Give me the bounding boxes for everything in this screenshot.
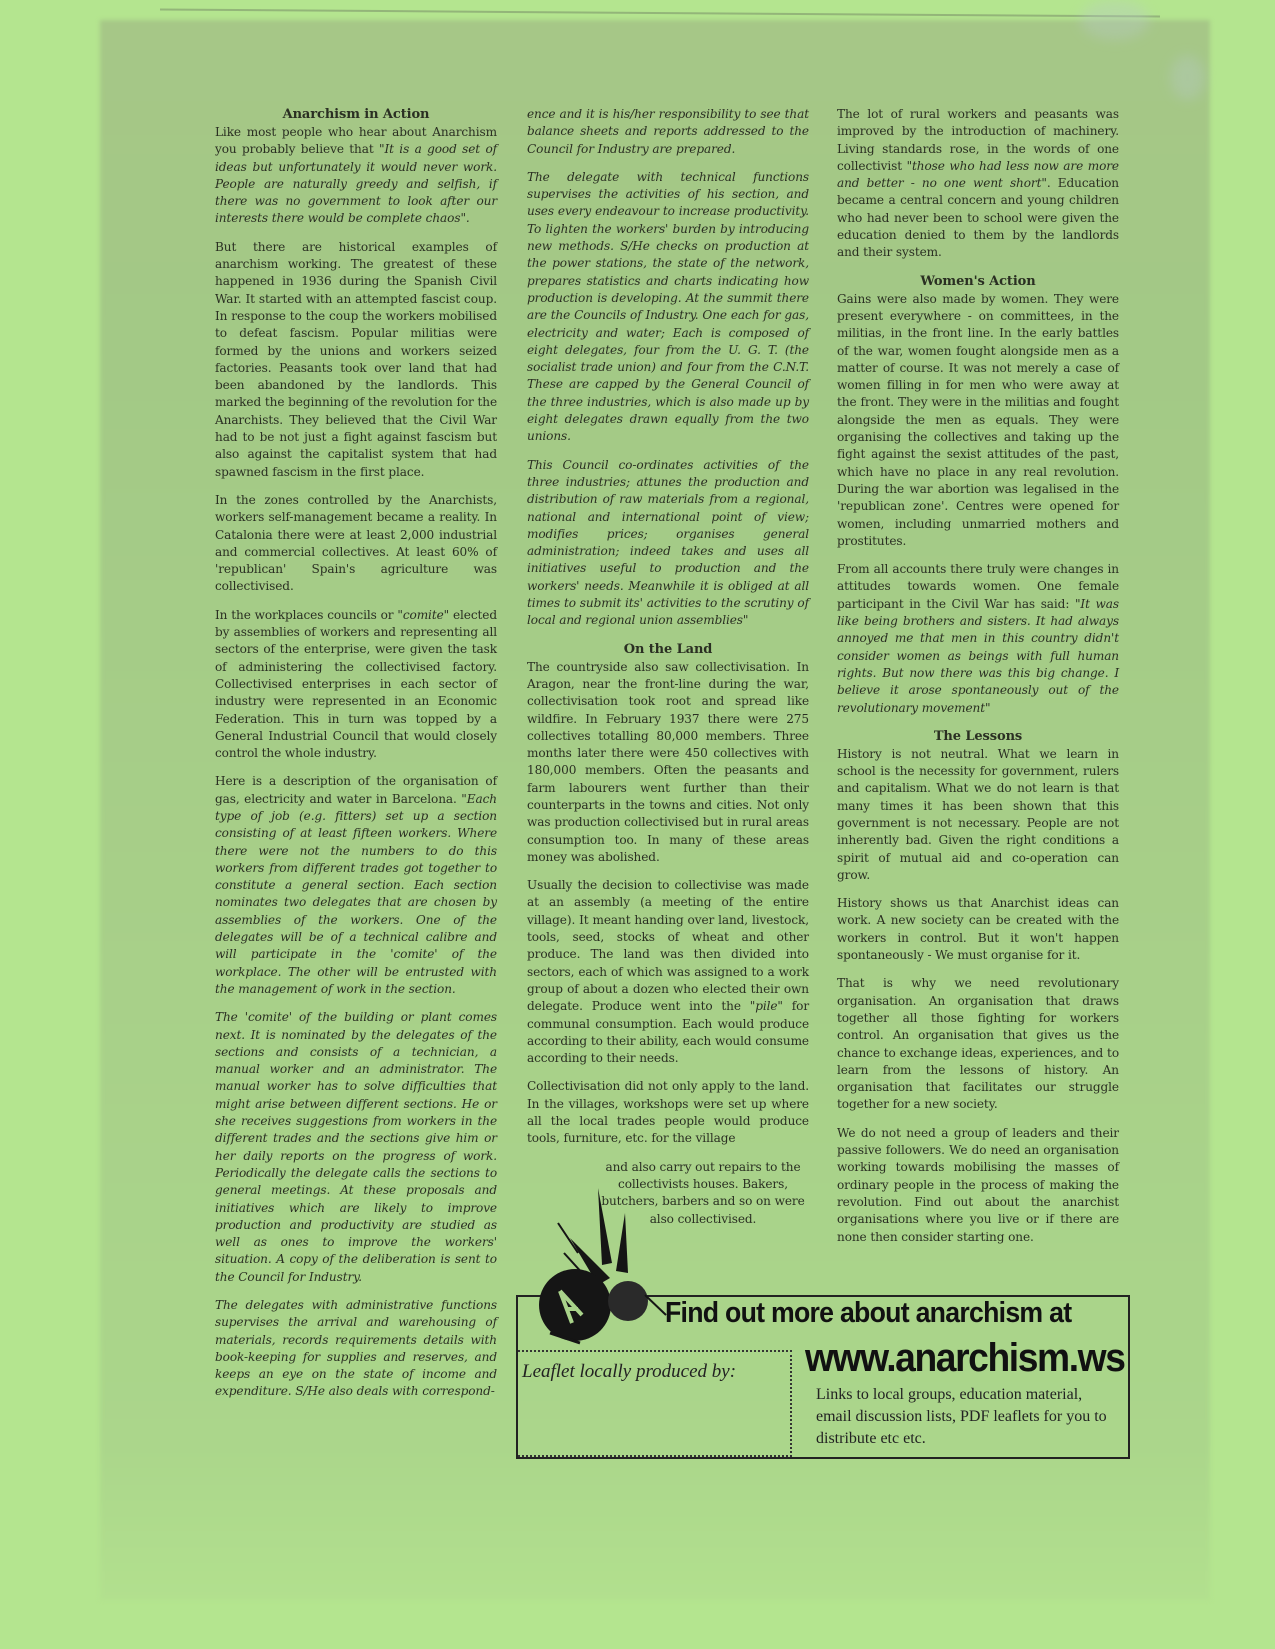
paragraph: Usually the decision to collectivise was… xyxy=(527,877,809,1067)
promo-headline: Find out more about anarchism at xyxy=(665,1297,1088,1330)
paragraph: In the workplaces councils or "comite" e… xyxy=(215,607,497,763)
website-link[interactable]: www.anarchism.ws xyxy=(805,1336,1124,1381)
paragraph: From all accounts there truly were chang… xyxy=(837,561,1119,717)
section-heading: The Lessons xyxy=(837,728,1119,746)
paragraph: This Council co-ordinates activities of … xyxy=(527,457,809,630)
text-column-3: The lot of rural workers and peasants wa… xyxy=(837,106,1119,1257)
smudge xyxy=(1080,0,1150,40)
text-column-2: ence and it is his/her responsibility to… xyxy=(527,106,809,1239)
paragraph: In the zones controlled by the Anarchist… xyxy=(215,492,497,596)
paragraph: The 'comite' of the building or plant co… xyxy=(215,1009,497,1286)
section-heading: Women's Action xyxy=(837,273,1119,291)
paragraph: Like most people who hear about Anarchis… xyxy=(215,124,497,228)
paragraph: That is why we need revolutionary organi… xyxy=(837,975,1119,1113)
section-heading: Anarchism in Action xyxy=(215,106,497,124)
anarchist-wasp-logo-icon xyxy=(520,1183,670,1353)
paragraph: Gains were also made by women. They were… xyxy=(837,291,1119,550)
paragraph: The delegates with administrative functi… xyxy=(215,1297,497,1401)
section-heading: On the Land xyxy=(527,641,809,659)
smudge xyxy=(1170,55,1205,100)
paragraph: The delegate with technical functions su… xyxy=(527,169,809,446)
paragraph: Collectivisation did not only apply to t… xyxy=(527,1078,809,1147)
paragraph: ence and it is his/her responsibility to… xyxy=(527,106,809,158)
paragraph: The countryside also saw collectivisatio… xyxy=(527,659,809,867)
paragraph: But there are historical examples of ana… xyxy=(215,239,497,481)
paragraph: History shows us that Anarchist ideas ca… xyxy=(837,895,1119,964)
paragraph: We do not need a group of leaders and th… xyxy=(837,1125,1119,1246)
paragraph: History is not neutral. What we learn in… xyxy=(837,746,1119,884)
paragraph: Here is a description of the organisatio… xyxy=(215,773,497,998)
paragraph: The lot of rural workers and peasants wa… xyxy=(837,106,1119,262)
promo-description: Links to local groups, education materia… xyxy=(816,1384,1116,1450)
fold-line xyxy=(160,9,1160,18)
text-column-1: Anarchism in ActionLike most people who … xyxy=(215,106,497,1412)
